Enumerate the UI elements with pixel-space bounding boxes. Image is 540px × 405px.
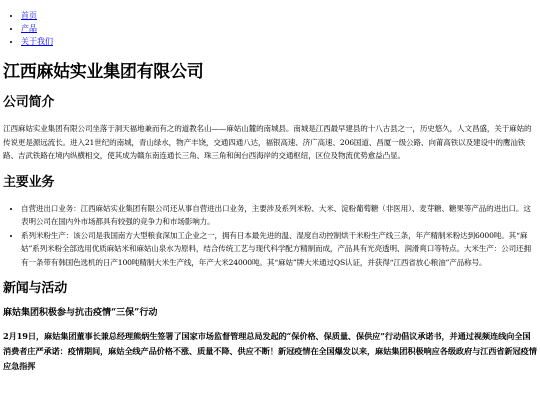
nav-menu: 首页 产品 关于我们 bbox=[3, 9, 538, 48]
business-list: 自营进出口业务：江西麻姑实业集团有限公司还从事自营进出口业务，主要涉及系列米粉、… bbox=[3, 202, 538, 270]
business-heading: 主要业务 bbox=[3, 174, 538, 192]
page-title: 江西麻姑实业集团有限公司 bbox=[3, 61, 538, 83]
section-business: 主要业务 自营进出口业务：江西麻姑实业集团有限公司还从事自营进出口业务，主要涉及… bbox=[3, 174, 538, 270]
business-item-rice-noodle: 系列米粉生产：该公司是我国南方大型粮食深加工企业之一，拥有日本最先进的温、湿度自… bbox=[21, 229, 538, 270]
intro-heading: 公司简介 bbox=[3, 94, 538, 112]
news-heading: 新闻与活动 bbox=[3, 280, 538, 298]
nav-item-home: 首页 bbox=[21, 9, 538, 22]
nav-link-products[interactable]: 产品 bbox=[21, 24, 37, 33]
section-news: 新闻与活动 麻姑集团积极参与抗击疫情“三保”行动 2月19日，麻姑集团董事长兼总… bbox=[3, 280, 538, 374]
news-article-title: 麻姑集团积极参与抗击疫情“三保”行动 bbox=[3, 306, 538, 320]
nav-link-home[interactable]: 首页 bbox=[21, 11, 37, 20]
nav-link-about[interactable]: 关于我们 bbox=[21, 37, 53, 46]
intro-text: 江西麻姑实业集团有限公司坐落于洞天福地兼而有之的道教名山——麻姑山麓的南城县。南… bbox=[3, 122, 538, 163]
business-item-import-export: 自营进出口业务：江西麻姑实业集团有限公司还从事自营进出口业务，主要涉及系列米粉、… bbox=[21, 202, 538, 229]
section-intro: 公司简介 江西麻姑实业集团有限公司坐落于洞天福地兼而有之的道教名山——麻姑山麓的… bbox=[3, 94, 538, 163]
nav-item-products: 产品 bbox=[21, 22, 538, 35]
news-article-text: 2月19日，麻姑集团董事长兼总经理熊炳生签署了国家市场监督管理总局发起的“保价格… bbox=[3, 329, 538, 374]
nav-item-about: 关于我们 bbox=[21, 35, 538, 48]
